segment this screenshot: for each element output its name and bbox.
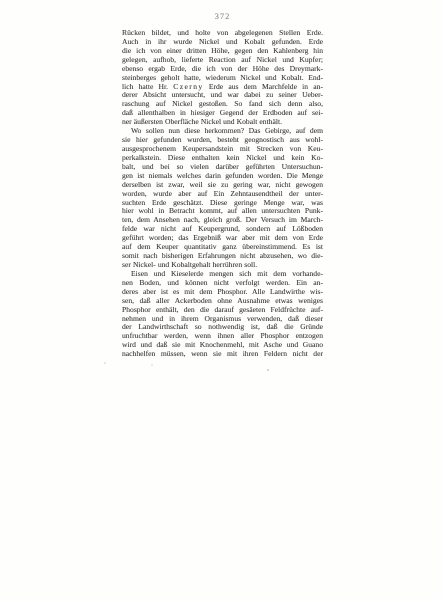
page-number: 372 bbox=[122, 11, 323, 21]
emphasized-name: Czerny bbox=[173, 82, 203, 91]
scan-speck bbox=[267, 369, 269, 371]
scan-speck bbox=[104, 362, 106, 364]
text-segment: Erde aus dem Marchfelde in an- bbox=[204, 82, 323, 91]
book-page: 372 Rücken bildet, und holte von abgeleg… bbox=[0, 0, 443, 599]
text-segment: lich hatte Hr. bbox=[122, 82, 173, 91]
text-line: nachhelfen müssen, wenn sie mit ihren Fe… bbox=[122, 350, 323, 359]
scan-speck bbox=[151, 364, 153, 366]
page-text: Rücken bildet, und holte von abgelegenen… bbox=[122, 29, 323, 359]
